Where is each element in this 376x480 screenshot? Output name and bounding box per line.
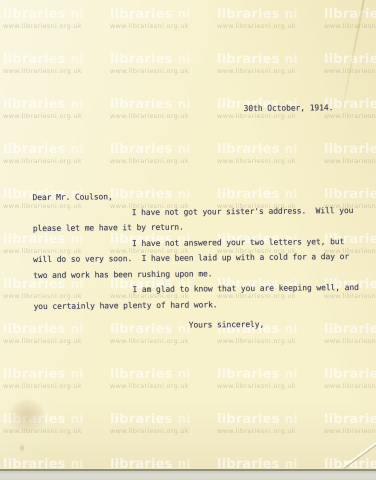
letter-paper: librariesniwww.librariesni.org.uklibrari… [0, 0, 376, 471]
letter-signoff: Yours sincerely, [189, 320, 265, 330]
scan-background: librariesniwww.librariesni.org.uklibrari… [0, 0, 376, 480]
letter-content: 30th October, 1914. Dear Mr. Coulson, I … [0, 0, 376, 469]
letter-date: 30th October, 1914. [244, 103, 334, 113]
letter-body: Dear Mr. Coulson, I have not got your si… [32, 187, 359, 314]
paper-bottom-edge [0, 471, 376, 480]
